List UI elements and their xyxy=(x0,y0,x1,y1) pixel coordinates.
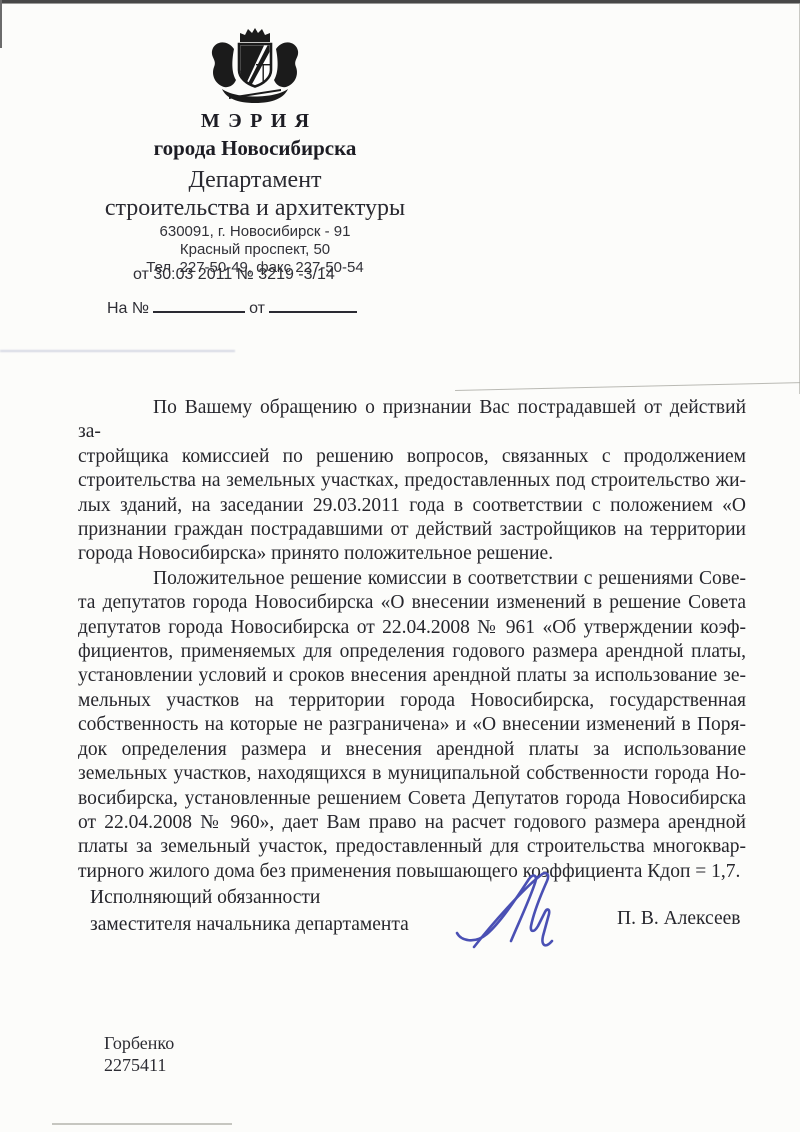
body-line: стройщика комиссией по решению вопросов,… xyxy=(78,445,746,469)
reply-number-blank xyxy=(153,297,245,313)
executor-name: Горбенко xyxy=(104,1032,174,1054)
signer-position-line2: заместителя начальника департамента xyxy=(90,911,409,938)
body-line: установлении условий и сроков внесения а… xyxy=(78,664,746,688)
executor-phone: 2275411 xyxy=(104,1054,174,1076)
body-line: города Новосибирска» принято положительн… xyxy=(78,542,746,566)
body-line: та депутатов города Новосибирска «О внес… xyxy=(78,591,746,615)
letter-body: По Вашему обращению о признании Вас пост… xyxy=(78,396,746,884)
address-postal: 630091, г. Новосибирск - 91 xyxy=(85,223,425,240)
body-line: тирного жилого дома без применения повыш… xyxy=(78,860,746,884)
address-street: Красный проспект, 50 xyxy=(85,241,425,258)
paper-fold-crease-left xyxy=(0,350,235,352)
executor-block: Горбенко 2275411 xyxy=(104,1032,174,1076)
body-line: признании граждан пострадавшими от дейст… xyxy=(78,518,746,542)
body-line: Положительное решение комиссии в соответ… xyxy=(78,567,746,591)
letterhead: МЭРИЯ города Новосибирска Департамент ст… xyxy=(85,28,425,276)
department-name-line2: строительства и архитектуры xyxy=(85,195,425,222)
body-line: от 22.04.2008 № 960», дает Вам право на … xyxy=(78,811,746,835)
paper-fold-crease-right xyxy=(455,382,800,391)
handwritten-signature xyxy=(444,866,576,958)
novosibirsk-coat-of-arms-icon xyxy=(203,28,307,106)
body-line: депутатов города Новосибирска от 22.04.2… xyxy=(78,616,746,640)
body-line: строительства на земельных участках, пре… xyxy=(78,469,746,493)
signer-position: Исполняющий обязанности заместителя нача… xyxy=(90,884,409,938)
department-name-line1: Департамент xyxy=(85,167,425,194)
reply-ref-prefix: На № xyxy=(107,300,149,317)
body-line: По Вашему обращению о признании Вас пост… xyxy=(78,396,746,445)
signer-position-line1: Исполняющий обязанности xyxy=(90,884,409,911)
outgoing-ref-line: от 30.03 2011 № 3219 -3/14 xyxy=(133,266,335,284)
reply-ref-infix: от xyxy=(249,300,265,317)
scan-edge-bottom xyxy=(52,1123,232,1125)
reply-ref-line: На №от xyxy=(107,297,361,318)
scan-edge-top-shadow xyxy=(0,3,800,4)
body-line: док определения размера и внесения аренд… xyxy=(78,738,746,762)
body-line: лых зданий, на заседании 29.03.2011 года… xyxy=(78,494,746,518)
body-line: собственность на которые не разграничена… xyxy=(78,713,746,737)
org-name-city: города Новосибирска xyxy=(85,136,425,161)
body-line: земельных участков, находящихся в муници… xyxy=(78,762,746,786)
org-name-mayoralty: МЭРИЯ xyxy=(85,110,425,133)
body-line: мельных участков на территории города Но… xyxy=(78,689,746,713)
body-line: платы за земельный участок, предоставлен… xyxy=(78,835,746,859)
body-line: восибирска, установленные решением Совет… xyxy=(78,787,746,811)
scan-edge-left xyxy=(0,0,2,48)
body-line: фициентов, применяемых для определения г… xyxy=(78,640,746,664)
scanned-letter-page: { "letterhead": { "org_name_line1": "МЭР… xyxy=(0,0,800,1132)
reply-date-blank xyxy=(269,297,357,313)
signer-name: П. В. Алексеев xyxy=(617,908,740,930)
